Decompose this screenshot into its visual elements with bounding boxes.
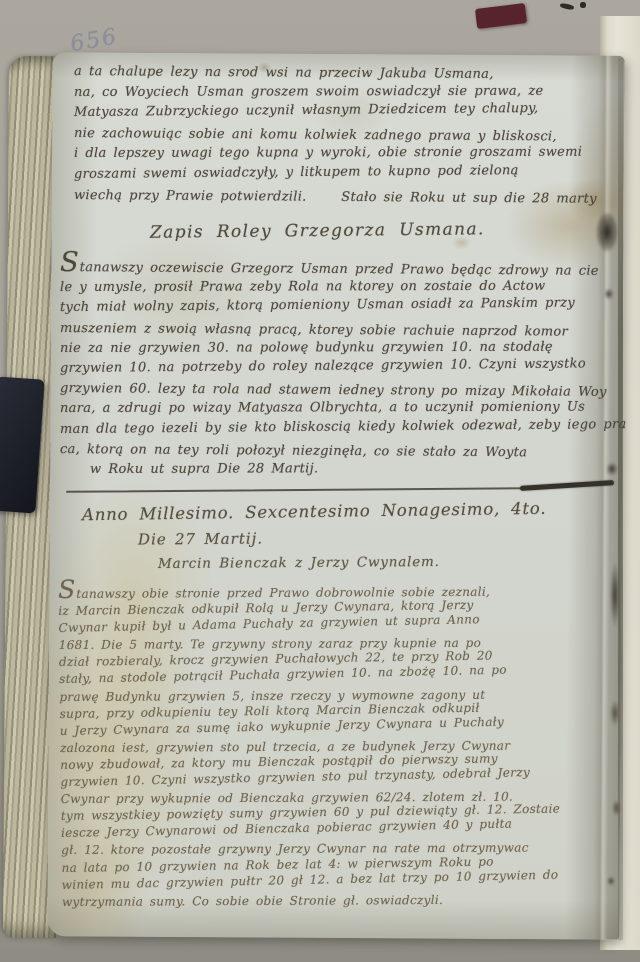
gutter-smudge [610, 700, 620, 726]
handwritten-line: wiechą przy Prawie potwierdzili. Stało s… [74, 186, 597, 210]
handwritten-line: Matyasza Zubrzyckiego uczynił własnym Dz… [74, 99, 597, 124]
gutter-smudge [608, 550, 622, 640]
handwritten-line: groszami swemi oswiadczyły, y litkupem t… [74, 160, 597, 185]
handwritten-line: wytrzymania sumy. Co sobie obie Stronie … [62, 891, 561, 911]
gutter-smudge [607, 876, 615, 886]
gutter-smudge [612, 800, 621, 816]
book-spine-corner [475, 3, 527, 29]
manuscript-photo: 656 a ta chalupe lezy na srod wsi na prz… [0, 0, 640, 962]
handwritten-line: w Roku ut supra Die 28 Martij. [60, 459, 627, 481]
gutter-smudge [596, 212, 618, 252]
subheading-date: Die 27 Martij. [138, 529, 263, 548]
ink-speck [580, 2, 586, 8]
paragraph-grzegorz-usman-record: Stanawszy oczewiscie Grzegorz Usman prze… [60, 253, 627, 480]
paragraph-chalupa-record: a ta chalupe lezy na srod wsi na przeciw… [74, 62, 597, 206]
section-heading-zapis-roley: Zapis Roley Grzegorza Usmana. [150, 219, 485, 243]
handwritten-line: tych miał wolny zapis, ktorą pomieniony … [60, 293, 627, 318]
handwritten-line: grzywien 10. na potrzeby do roley nalezą… [60, 354, 627, 379]
handwritten-line: man dla tego iezeli by sie kto bliskosci… [60, 415, 627, 440]
ink-speck [560, 3, 575, 11]
subheading-parties: Marcin Bienczak z Jerzy Cwynalem. [158, 554, 440, 572]
paragraph-bienczak-cwynar-record: Stanawszy obie stronie przed Prawo dobro… [58, 575, 561, 911]
